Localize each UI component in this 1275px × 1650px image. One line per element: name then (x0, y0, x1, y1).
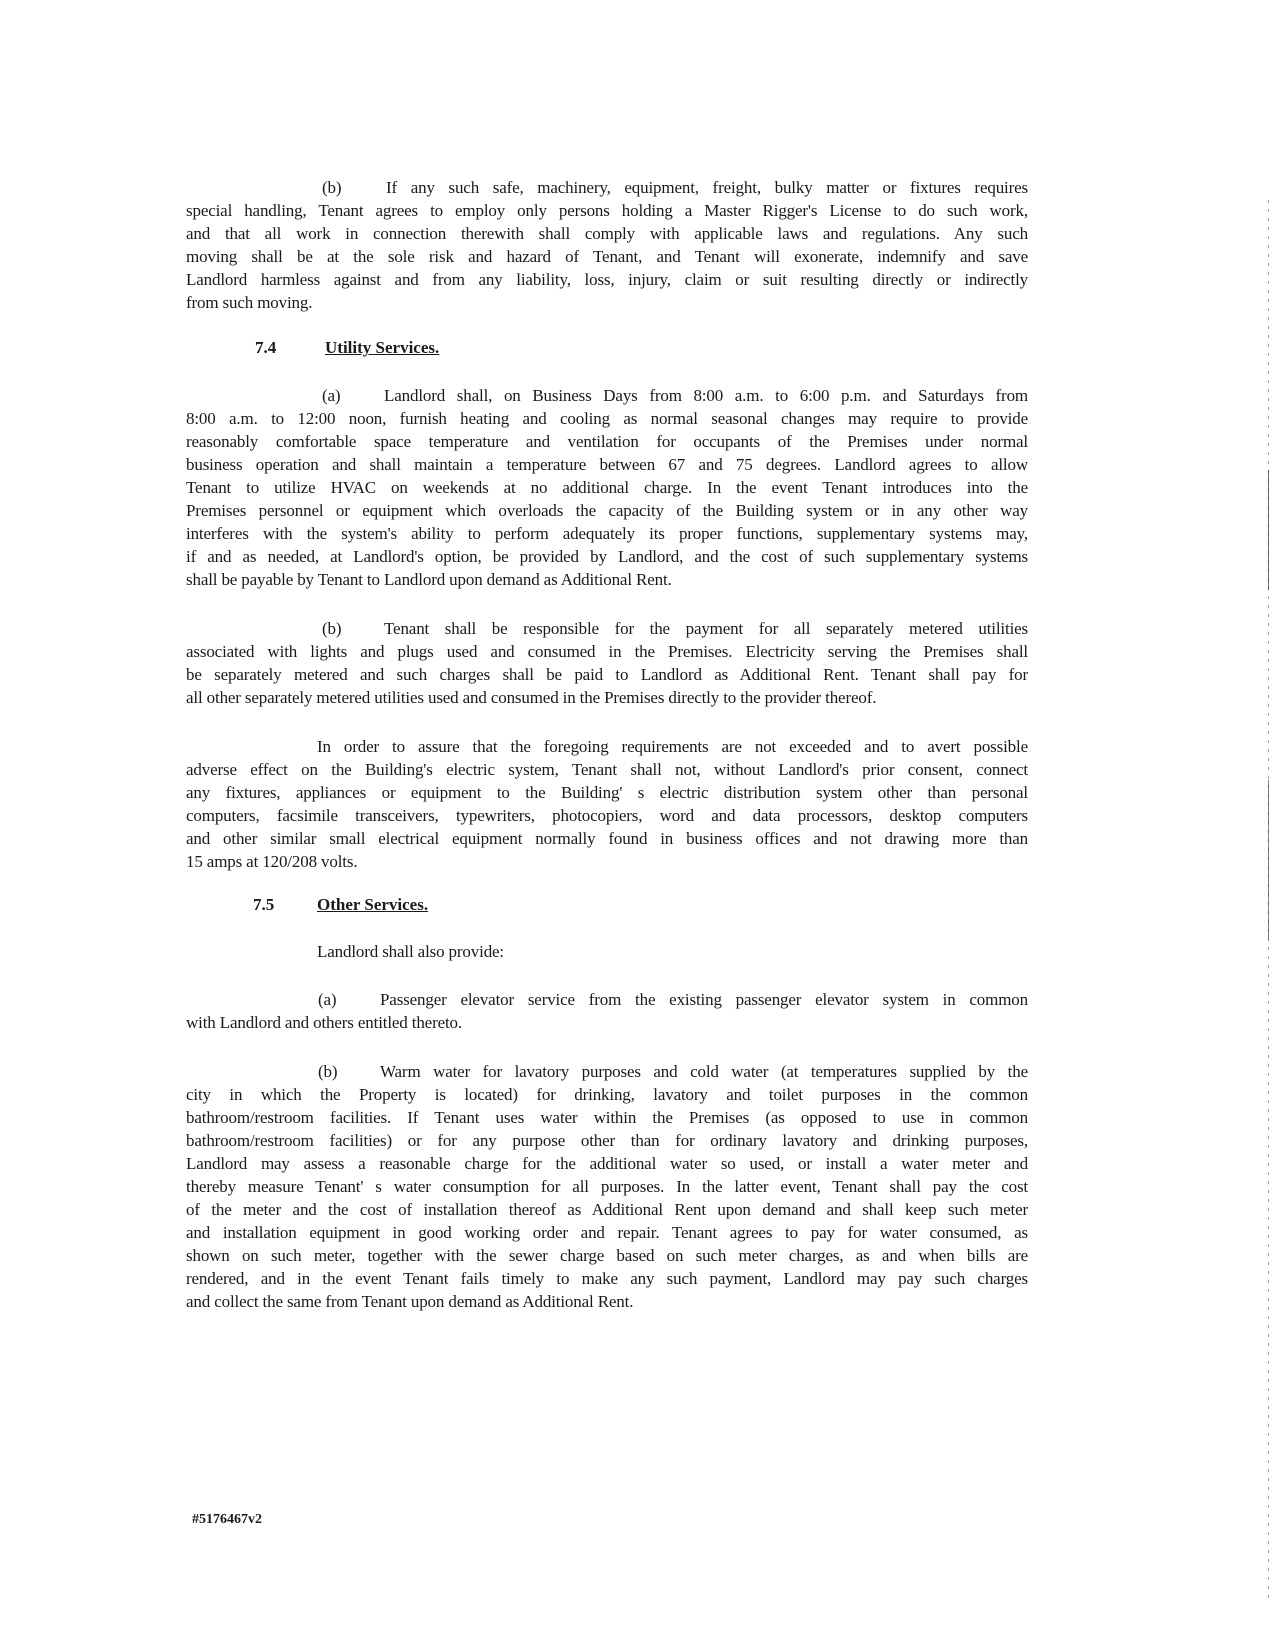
section-title: Utility Services. (325, 336, 439, 359)
text-line: rendered, and in the event Tenant fails … (186, 1267, 1028, 1290)
text-line: associated with lights and plugs used an… (186, 640, 1028, 663)
document-id-footer: #5176467v2 (192, 1512, 262, 1528)
line-text: If any such safe, machinery, equipment, … (386, 178, 1028, 197)
item-marker: (b) (318, 1060, 380, 1083)
text-line: all other separately metered utilities u… (186, 686, 1028, 709)
section-number: 7.4 (255, 336, 276, 359)
text-line: and other similar small electrical equip… (186, 827, 1028, 850)
text-line: city in which the Property is located) f… (186, 1083, 1028, 1106)
line-text: Passenger elevator service from the exis… (380, 990, 1028, 1009)
line-text: Landlord shall, on Business Days from 8:… (384, 386, 1028, 405)
text-line: shown on such meter, together with the s… (186, 1244, 1028, 1267)
text-line: thereby measure Tenant' s water consumpt… (186, 1175, 1028, 1198)
text-line: computers, facsimile transceivers, typew… (186, 804, 1028, 827)
text-line: special handling, Tenant agrees to emplo… (186, 199, 1028, 222)
line-text: Warm water for lavatory purposes and col… (380, 1062, 1028, 1081)
text-line: (b)If any such safe, machinery, equipmen… (322, 176, 1028, 199)
text-line: moving shall be at the sole risk and haz… (186, 245, 1028, 268)
text-line: adverse effect on the Building's electri… (186, 758, 1028, 781)
scan-edge-artifact (1268, 470, 1269, 590)
item-marker: (a) (318, 988, 380, 1011)
section-number: 7.5 (253, 893, 274, 916)
text-line: Premises personnel or equipment which ov… (186, 499, 1028, 522)
text-line: bathroom/restroom facilities. If Tenant … (186, 1106, 1028, 1129)
section-intro: Landlord shall also provide: (317, 940, 717, 963)
item-marker: (b) (322, 617, 384, 640)
text-line: (b)Tenant shall be responsible for the p… (322, 617, 1028, 640)
text-line: of the meter and the cost of installatio… (186, 1198, 1028, 1221)
text-line: with Landlord and others entitled theret… (186, 1011, 1028, 1034)
text-line: be separately metered and such charges s… (186, 663, 1028, 686)
item-marker: (b) (322, 176, 386, 199)
text-line: business operation and shall maintain a … (186, 453, 1028, 476)
text-line: from such moving. (186, 291, 1028, 314)
text-line: (b)Warm water for lavatory purposes and … (318, 1060, 1028, 1083)
text-line: 15 amps at 120/208 volts. (186, 850, 1028, 873)
text-line: and installation equipment in good worki… (186, 1221, 1028, 1244)
text-line: reasonably comfortable space temperature… (186, 430, 1028, 453)
text-line: and collect the same from Tenant upon de… (186, 1290, 1028, 1313)
text-line: (a)Passenger elevator service from the e… (318, 988, 1028, 1011)
section-title: Other Services. (317, 893, 428, 916)
text-line: if and as needed, at Landlord's option, … (186, 545, 1028, 568)
text-line: In order to assure that the foregoing re… (317, 735, 1028, 758)
text-line: shall be payable by Tenant to Landlord u… (186, 568, 1028, 591)
text-line: 8:00 a.m. to 12:00 noon, furnish heating… (186, 407, 1028, 430)
text-line: Landlord may assess a reasonable charge … (186, 1152, 1028, 1175)
text-line: any fixtures, appliances or equipment to… (186, 781, 1028, 804)
item-marker: (a) (322, 384, 384, 407)
line-text: Tenant shall be responsible for the paym… (384, 619, 1028, 638)
text-line: Landlord harmless against and from any l… (186, 268, 1028, 291)
scan-edge-artifact (1268, 780, 1269, 940)
text-line: bathroom/restroom facilities) or for any… (186, 1129, 1028, 1152)
text-line: interferes with the system's ability to … (186, 522, 1028, 545)
text-line: (a)Landlord shall, on Business Days from… (322, 384, 1028, 407)
text-line: Tenant to utilize HVAC on weekends at no… (186, 476, 1028, 499)
text-line: and that all work in connection therewit… (186, 222, 1028, 245)
